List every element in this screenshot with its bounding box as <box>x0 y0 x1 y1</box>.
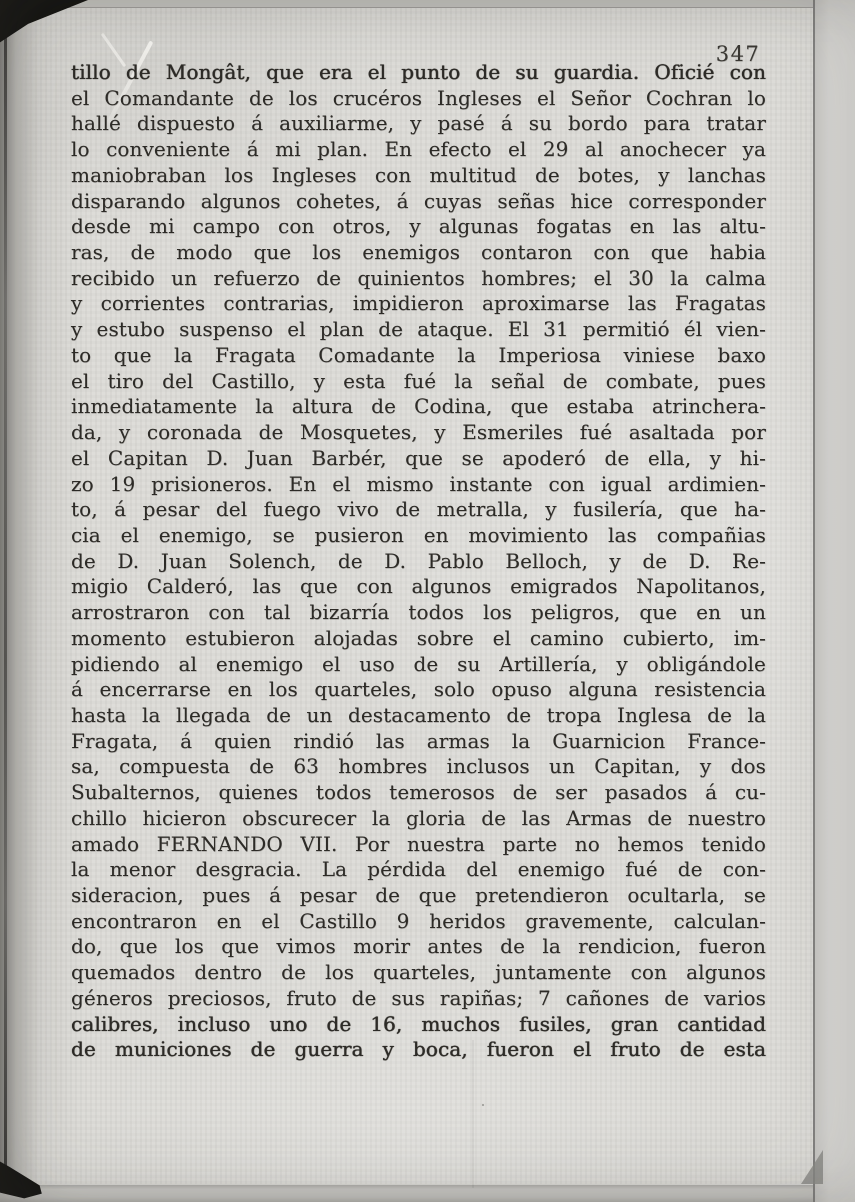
text-line: hasta la llegada de un destacamento de t… <box>71 703 766 729</box>
text-line: desde mi campo con otros, y algunas foga… <box>71 214 766 240</box>
text-line: to, á pesar del fuego vivo de metralla, … <box>71 497 766 523</box>
text-line: maniobraban los Ingleses con multitud de… <box>71 163 766 189</box>
page-top-edge <box>0 0 813 8</box>
scanned-book-page: 347 tillo de Mongât, que era el punto de… <box>0 0 855 1202</box>
text-line: to que la Fragata Comadante la Imperiosa… <box>71 343 766 369</box>
text-line: cia el enemigo, se pusieron en movimient… <box>71 523 766 549</box>
text-line: amado FERNANDO VII. Por nuestra parte no… <box>71 832 766 858</box>
text-line: disparando algunos cohetes, á cuyas seña… <box>71 189 766 215</box>
text-line: Fragata, á quien rindió las armas la Gua… <box>71 729 766 755</box>
text-line: inmediatamente la altura de Codina, que … <box>71 394 766 420</box>
text-line: migio Calderó, las que con algunos emigr… <box>71 574 766 600</box>
text-line: el tiro del Castillo, y esta fué la seña… <box>71 369 766 395</box>
text-line: tillo de Mongât, que era el punto de su … <box>71 60 766 86</box>
spine-ridge <box>4 0 7 1202</box>
text-line: do, que los que vimos morir antes de la … <box>71 934 766 960</box>
text-line: ras, de modo que los enemigos contaron c… <box>71 240 766 266</box>
text-line: de D. Juan Solench, de D. Pablo Belloch,… <box>71 549 766 575</box>
text-line: géneros preciosos, fruto de sus rapiñas;… <box>71 986 766 1012</box>
text-line: da, y coronada de Mosquetes, y Esmeriles… <box>71 420 766 446</box>
page-bottom-edge <box>0 1184 813 1202</box>
text-line: el Comandante de los crucéros Ingleses e… <box>71 86 766 112</box>
text-line: sa, compuesta de 63 hombres inclusos un … <box>71 754 766 780</box>
text-line: quemados dentro de los quarteles, juntam… <box>71 960 766 986</box>
adjacent-page-edge <box>813 0 855 1202</box>
text-line: y estubo suspenso el plan de ataque. El … <box>71 317 766 343</box>
text-line: á encerrarse en los quarteles, solo opus… <box>71 677 766 703</box>
text-line: de municiones de guerra y boca, fueron e… <box>71 1037 766 1063</box>
text-line: la menor desgracia. La pérdida del enemi… <box>71 857 766 883</box>
text-line: lo conveniente á mi plan. En efecto el 2… <box>71 137 766 163</box>
text-line: calibres, incluso uno de 16, muchos fusi… <box>71 1012 766 1038</box>
text-line: momento estubieron alojadas sobre el cam… <box>71 626 766 652</box>
text-line: recibido un refuerzo de quinientos hombr… <box>71 266 766 292</box>
text-line: y corrientes contrarias, impidieron apro… <box>71 291 766 317</box>
text-line: Subalternos, quienes todos temerosos de … <box>71 780 766 806</box>
text-line: pidiendo al enemigo el uso de su Artille… <box>71 652 766 678</box>
text-line: el Capitan D. Juan Barbér, que se apoder… <box>71 446 766 472</box>
text-line: arrostraron con tal bizarría todos los p… <box>71 600 766 626</box>
text-line: chillo hicieron obscurecer la gloria de … <box>71 806 766 832</box>
text-line: hallé dispuesto á auxiliarme, y pasé á s… <box>71 111 766 137</box>
text-line: zo 19 prisioneros. En el mismo instante … <box>71 472 766 498</box>
text-line: encontraron en el Castillo 9 heridos gra… <box>71 909 766 935</box>
text-line: sideracion, pues á pesar de que pretendi… <box>71 883 766 909</box>
page-text: tillo de Mongât, que era el punto de su … <box>71 60 766 1063</box>
